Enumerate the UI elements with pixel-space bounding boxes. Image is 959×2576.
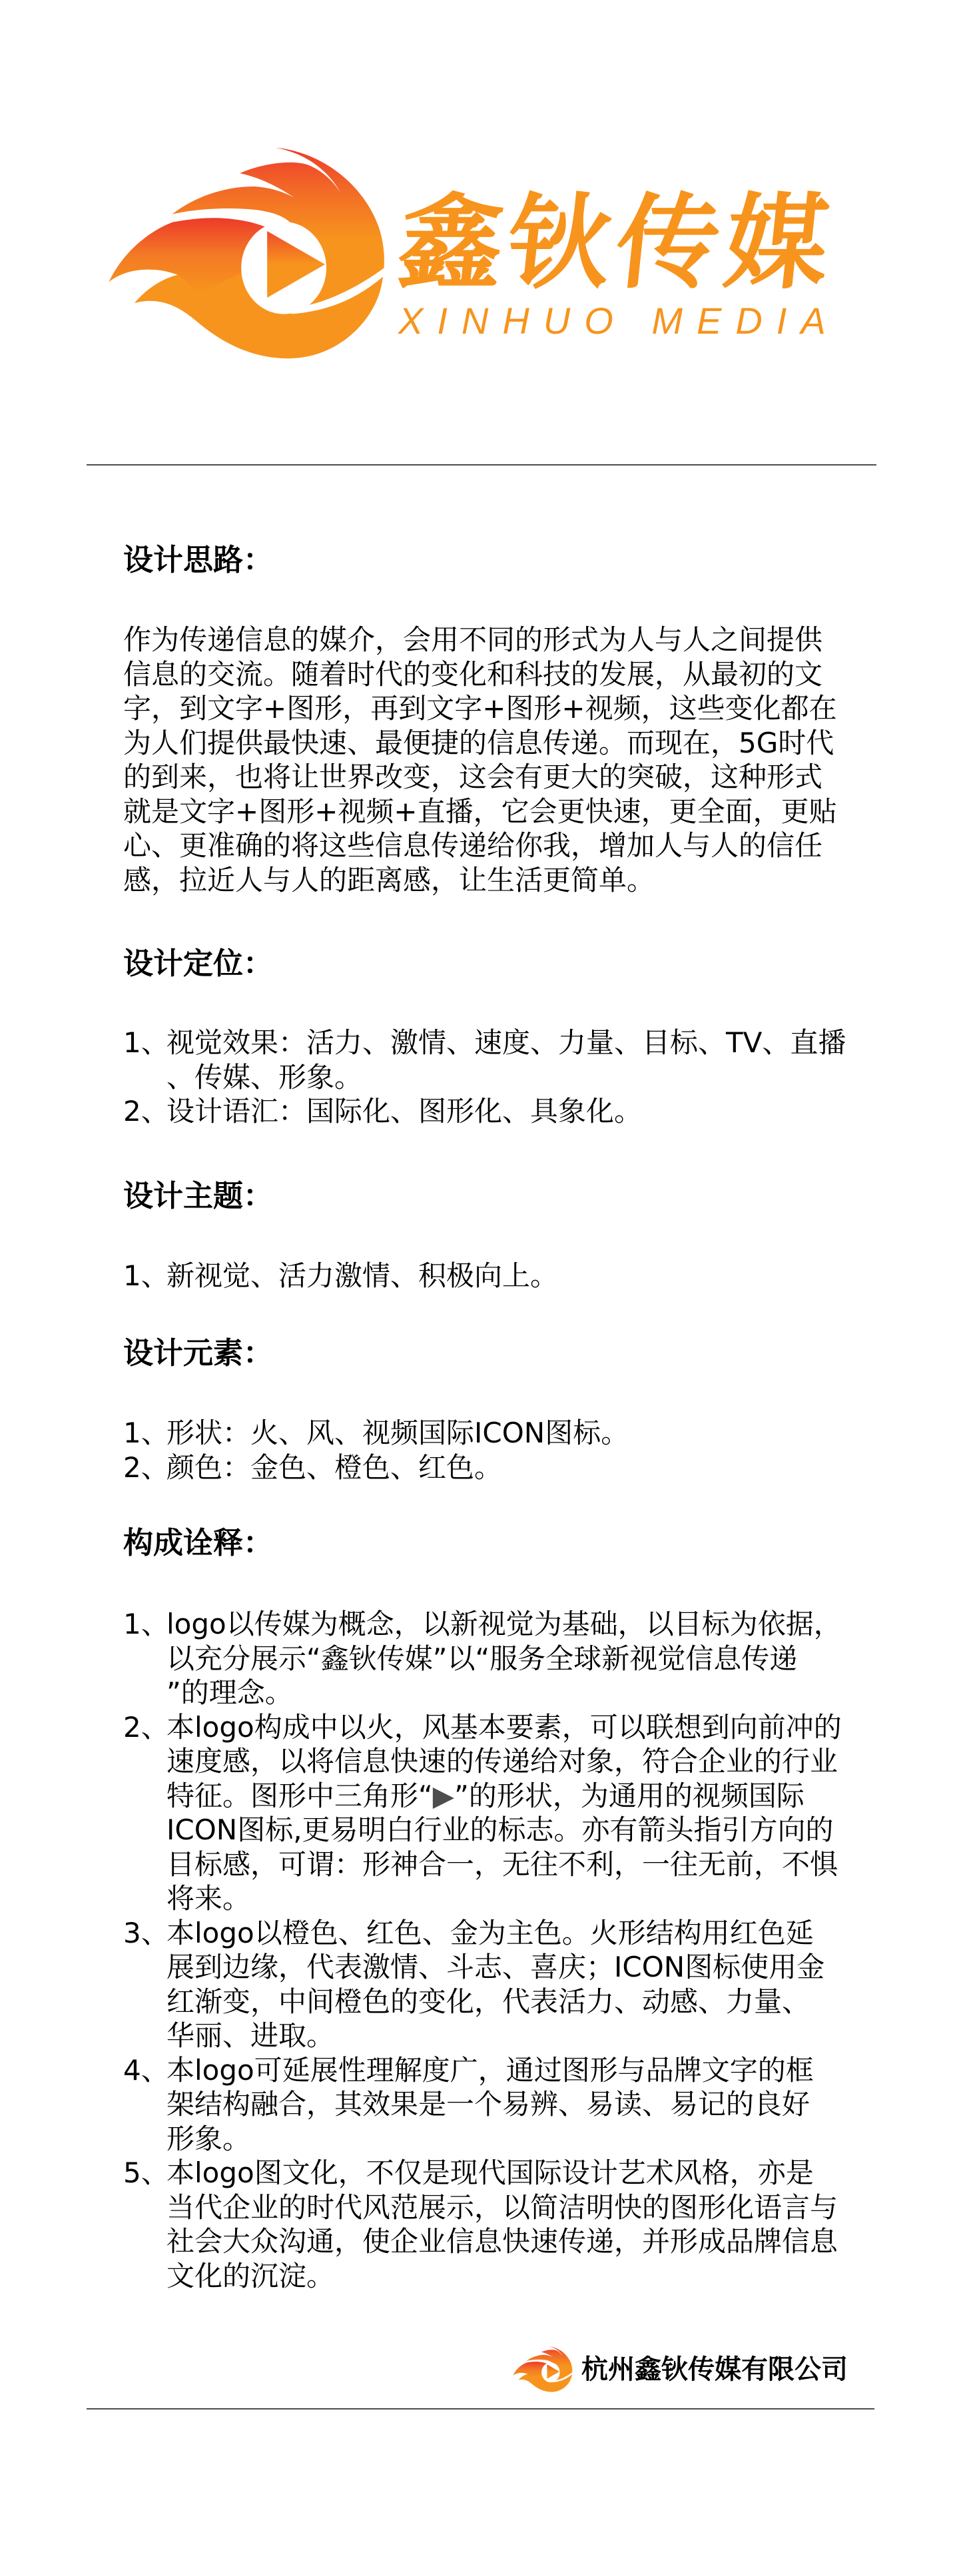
section-heading-positioning: 设计定位： — [123, 946, 273, 981]
footer-company-name: 杭州鑫钬传媒有限公司 — [581, 2354, 848, 2386]
brand-name-cn: 鑫钬传媒 — [394, 192, 839, 295]
list-line: 速度感，以将信息快速的传递给对象，符合企业的行业 — [123, 1744, 882, 1779]
design-idea-paragraph: 作为传递信息的媒介，会用不同的形式为人与人之间提供 信息的交流。随着时代的变化和… — [123, 623, 882, 897]
list-line-text: ”的形状，为通用的视频国际 — [454, 1779, 804, 1812]
list-line: 本logo图文化，不仅是现代国际设计艺术风格，亦是 — [123, 2156, 882, 2190]
list-line: 将来。 — [123, 1881, 882, 1916]
list-line: 本logo以橙色、红色、金为主色。火形结构用红色延 — [123, 1916, 882, 1951]
list-number: 1、 — [123, 1026, 169, 1060]
list-item: 5、 本logo图文化，不仅是现代国际设计艺术风格，亦是 当代企业的时代风范展示… — [123, 2156, 882, 2293]
list-number: 1、 — [123, 1416, 169, 1450]
play-triangle-icon: ▶ — [433, 1779, 454, 1812]
list-number: 1、 — [123, 1607, 169, 1642]
list-number: 3、 — [123, 1916, 169, 1951]
list-line: 以充分展示“鑫钬传媒”以“服务全球新视觉信息传递 — [123, 1642, 882, 1676]
elements-list: 1、 形状：火、风、视频国际ICON图标。 2、 颜色：金色、橙色、红色。 — [123, 1416, 882, 1484]
list-item: 4、 本logo可延展性理解度广，通过图形与品牌文字的框 架结构融合，其效果是一… — [123, 2053, 882, 2156]
list-item: 1、 视觉效果：活力、激情、速度、力量、目标、TV、直播 、传媒、形象。 — [123, 1026, 882, 1094]
list-number: 2、 — [123, 1710, 169, 1745]
page: 鑫钬传媒 XINHUO MEDIA 设计思路： 作为传递信息的媒介，会用不同的形… — [0, 0, 959, 2576]
list-line: 华丽、进取。 — [123, 2019, 882, 2053]
list-line: 目标感，可谓：形神合一，无往不利，一往无前，不惧 — [123, 1847, 882, 1882]
list-line: 特征。图形中三角形“▶”的形状，为通用的视频国际 — [123, 1779, 882, 1813]
list-item: 3、 本logo以橙色、红色、金为主色。火形结构用红色延 展到边缘，代表激情、斗… — [123, 1916, 882, 2053]
list-number: 1、 — [123, 1259, 169, 1293]
list-line: 当代企业的时代风范展示，以简洁明快的图形化语言与 — [123, 2190, 882, 2225]
brand-name-en: XINHUO MEDIA — [398, 302, 840, 340]
list-line: 视觉效果：活力、激情、速度、力量、目标、TV、直播 — [123, 1026, 882, 1060]
list-line: 、传媒、形象。 — [123, 1060, 882, 1095]
section-heading-elements: 设计元素： — [123, 1336, 273, 1371]
list-line: 展到边缘，代表激情、斗志、喜庆；ICON图标使用金 — [123, 1950, 882, 1985]
paragraph-line: 作为传递信息的媒介，会用不同的形式为人与人之间提供 — [123, 623, 882, 657]
paragraph-line: 为人们提供最快速、最便捷的信息传递。而现在，5G时代 — [123, 726, 882, 761]
list-line: 本logo可延展性理解度广，通过图形与品牌文字的框 — [123, 2053, 882, 2088]
paragraph-line: 感，拉近人与人的距离感，让生活更简单。 — [123, 863, 882, 898]
list-item: 1、 logo以传媒为概念，以新视觉为基础，以目标为依据， 以充分展示“鑫钬传媒… — [123, 1607, 882, 1710]
list-item: 2、 设计语汇：国际化、图形化、具象化。 — [123, 1094, 882, 1129]
list-line: 红渐变，中间橙色的变化，代表活力、动感、力量、 — [123, 1985, 882, 2019]
list-number: 2、 — [123, 1094, 169, 1129]
list-line: 形状：火、风、视频国际ICON图标。 — [123, 1416, 882, 1450]
paragraph-line: 信息的交流。随着时代的变化和科技的发展，从最初的文 — [123, 657, 882, 692]
paragraph-line: 字，到文字+图形，再到文字+图形+视频，这些变化都在 — [123, 691, 882, 726]
list-line: 颜色：金色、橙色、红色。 — [123, 1450, 882, 1485]
list-line: 本logo构成中以火，风基本要素，可以联想到向前冲的 — [123, 1710, 882, 1745]
list-line: ”的理念。 — [123, 1676, 882, 1710]
list-line-text: 特征。图形中三角形“ — [166, 1779, 433, 1812]
list-item: 2、 本logo构成中以火，风基本要素，可以联想到向前冲的 速度感，以将信息快速… — [123, 1710, 882, 1916]
list-item: 1、 形状：火、风、视频国际ICON图标。 — [123, 1416, 882, 1450]
list-item: 1、 新视觉、活力激情、积极向上。 — [123, 1259, 882, 1293]
list-line: 架结构融合，其效果是一个易辨、易读、易记的良好 — [123, 2087, 882, 2122]
list-number: 2、 — [123, 1450, 169, 1485]
list-line: 文化的沉淀。 — [123, 2259, 882, 2294]
paragraph-line: 心、更准确的将这些信息传递给你我，增加人与人的信任 — [123, 828, 882, 863]
list-line: ICON图标,更易明白行业的标志。亦有箭头指引方向的 — [123, 1813, 882, 1847]
list-line: 社会大众沟通，使企业信息快速传递，并形成品牌信息 — [123, 2224, 882, 2259]
theme-list: 1、 新视觉、活力激情、积极向上。 — [123, 1259, 882, 1293]
composition-list: 1、 logo以传媒为概念，以新视觉为基础，以目标为依据， 以充分展示“鑫钬传媒… — [123, 1607, 882, 2293]
flame-play-logo-icon — [108, 147, 386, 360]
list-line: 新视觉、活力激情、积极向上。 — [123, 1259, 882, 1293]
bottom-divider — [87, 2408, 874, 2410]
paragraph-line: 的到来，也将让世界改变，这会有更大的突破，这种形式 — [123, 760, 882, 795]
section-heading-composition: 构成诠释： — [123, 1526, 273, 1560]
list-number: 4、 — [123, 2053, 169, 2088]
list-line: 设计语汇：国际化、图形化、具象化。 — [123, 1094, 882, 1129]
list-line: logo以传媒为概念，以新视觉为基础，以目标为依据， — [123, 1607, 882, 1642]
section-heading-design-idea: 设计思路： — [123, 543, 273, 577]
list-line: 形象。 — [123, 2122, 882, 2156]
footer-flame-logo-icon — [513, 2346, 573, 2392]
list-number: 5、 — [123, 2156, 169, 2190]
list-item: 2、 颜色：金色、橙色、红色。 — [123, 1450, 882, 1485]
paragraph-line: 就是文字+图形+视频+直播，它会更快速，更全面，更贴 — [123, 795, 882, 829]
positioning-list: 1、 视觉效果：活力、激情、速度、力量、目标、TV、直播 、传媒、形象。 2、 … — [123, 1026, 882, 1129]
top-divider — [87, 464, 876, 466]
section-heading-theme: 设计主题： — [123, 1179, 273, 1213]
